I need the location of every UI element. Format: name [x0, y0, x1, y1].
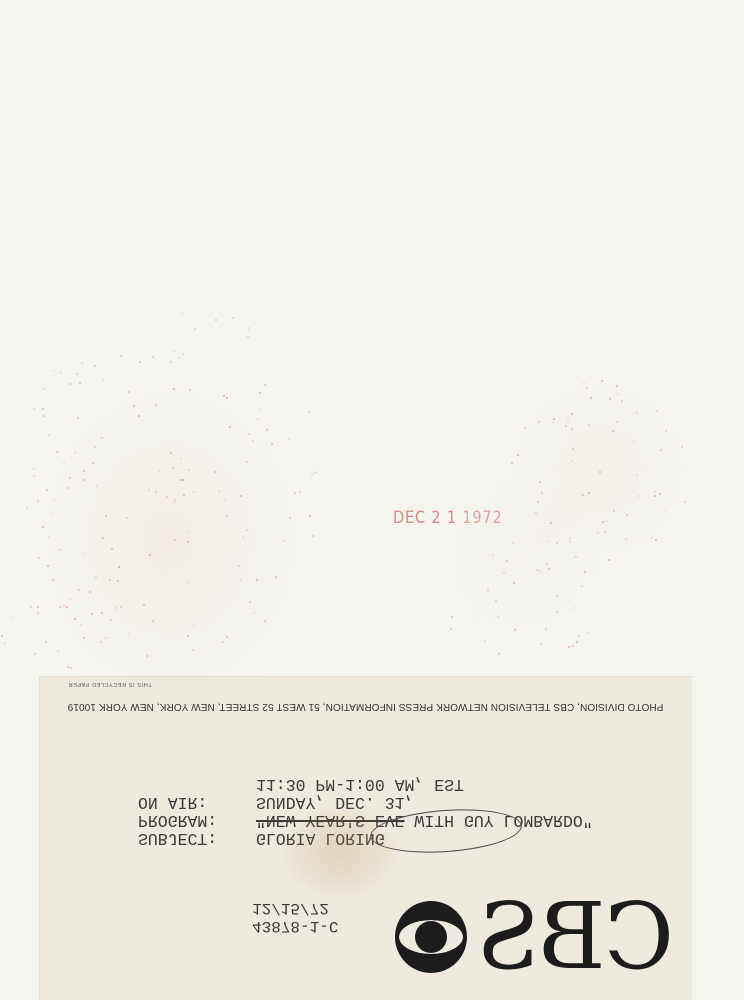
recycled-paper-note: THIS IS RECYCLED PAPER — [68, 681, 152, 687]
field-on-air-time: 11:30 PM-1:00 AM, EST — [138, 775, 683, 793]
cbs-eye-icon — [395, 901, 467, 973]
field-label: ON AIR: — [138, 793, 256, 811]
received-date-stamp: DEC 2 1 1972 — [393, 508, 503, 528]
reference-block: 43878-1-C 12/15/72 — [252, 899, 372, 935]
field-label — [138, 775, 256, 793]
stamp-year: 1972 — [462, 508, 502, 528]
photo-division-address: PHOTO DIVISION, CBS TELEVISION NETWORK P… — [58, 701, 673, 712]
on-air-time: 11:30 PM-1:00 AM, EST — [256, 775, 683, 793]
cbs-caption-card: THIS IS RECYCLED PAPER PHOTO DIVISION, C… — [40, 677, 692, 1000]
on-air-date: SUNDAY, DEC. 31, — [256, 793, 683, 811]
field-on-air: ON AIR: SUNDAY, DEC. 31, — [138, 793, 683, 811]
page-edge — [692, 677, 744, 1000]
field-label: SUBJECT: — [138, 829, 256, 847]
field-label: PROGRAM: — [138, 811, 256, 829]
cbs-logo: CBS — [395, 892, 665, 982]
cbs-wordmark: CBS — [479, 891, 674, 983]
stamp-date: DEC 2 1 — [393, 508, 457, 528]
reference-number: 43878-1-C — [252, 917, 338, 935]
release-date: 12/15/72 — [252, 899, 329, 917]
photo-back-page: DEC 2 1 1972 THIS IS RECYCLED PAPER PHOT… — [0, 0, 744, 1000]
